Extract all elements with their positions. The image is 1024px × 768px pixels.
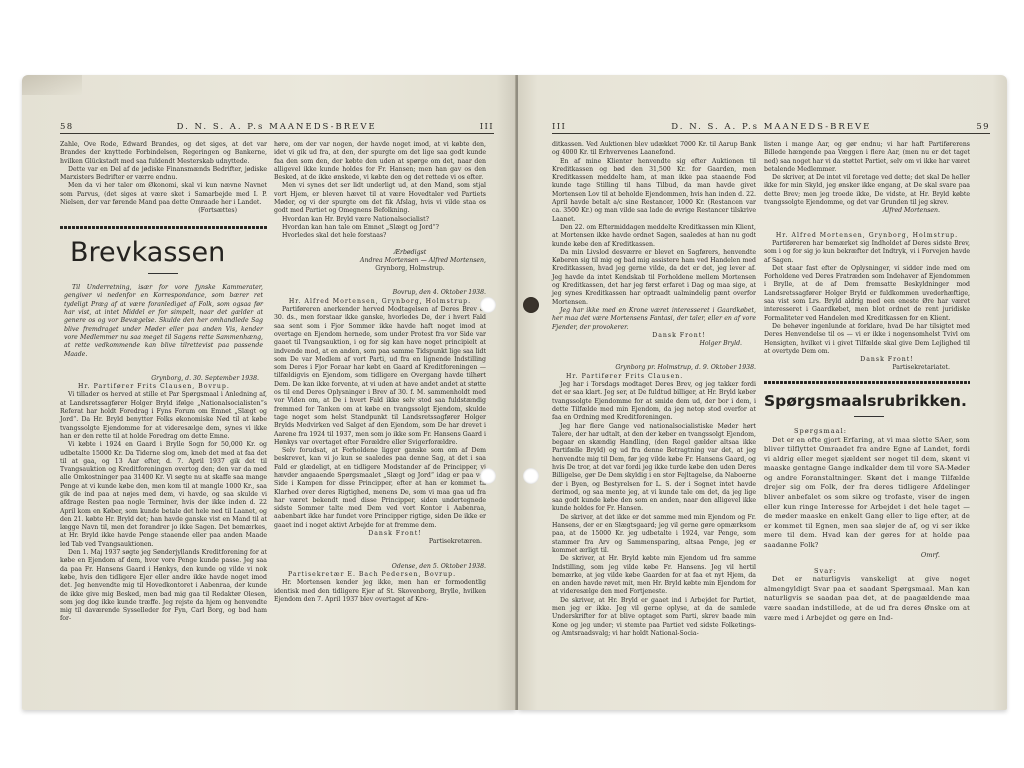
paragraph: Selv forudsat, at Forholdene ligger gans… <box>274 447 486 530</box>
letter-closing: Dansk Front! <box>552 332 756 340</box>
paragraph: Zahle, Ove Rode, Edward Brandes, og det … <box>60 141 267 166</box>
paragraph: ditkassen. Ved Auktionen blev udækket 70… <box>552 141 756 158</box>
title-rule <box>148 273 178 275</box>
letter-closing: Ærbødigst <box>274 249 486 257</box>
punch-hole <box>523 297 539 313</box>
section-title-brevkassen: Brevkassen <box>60 237 267 269</box>
answer-label: Svar: <box>764 567 970 575</box>
paragraph: Det staar fast efter de Oplysninger, vi … <box>764 265 970 323</box>
paragraph: En af mine Klienter henvendte sig efter … <box>552 158 756 224</box>
paragraph: Hr. Mortensen kender jeg ikke, men han e… <box>274 579 486 604</box>
letter-dateline: Bovrup, den 4. Oktober 1938. <box>274 289 486 297</box>
to-be-continued: (Fortsættes) <box>60 207 267 215</box>
letter-addressee: Hr. Alfred Mortensen, Grynborg, Holmstru… <box>764 232 970 240</box>
paragraph: listen i mange Aar, og gør endnu; vi har… <box>764 141 970 174</box>
paragraph: Jeg har ikke med en Krone været interess… <box>552 307 756 332</box>
paragraph: Partiføreren anerkender herved Modtagels… <box>274 306 486 447</box>
paragraph: Den 22. om Eftermiddagen meddelte Kredit… <box>552 224 756 249</box>
letter-dateline: Grynborg pr. Holmstrup, d. 9. Oktober 19… <box>552 364 756 372</box>
letter-addressee: Hr. Alfred Mortensen, Grynborg, Holmstru… <box>274 298 486 306</box>
letter-dateline: Grynborg, d. 30. September 1938. <box>60 375 267 383</box>
paragraph: Vi købte i 1924 en Gaard i Brylle Sogn f… <box>60 441 267 549</box>
right-page-column-2: listen i mange Aar, og gør endnu; vi har… <box>764 141 970 623</box>
punch-hole <box>480 297 496 313</box>
letter-addressee: Hr. Partifører Frits Clausen, Bovrup. <box>60 383 267 391</box>
running-title: D. N. S. A. P.s MAANEDS-BREVE <box>671 122 871 132</box>
paragraph: Da min Livslod desværre er blevet en Sag… <box>552 249 756 307</box>
section-divider <box>764 381 970 384</box>
paragraph: De behøver ingenlunde at forklare, hvad … <box>764 323 970 356</box>
paragraph: Den 1. Maj 1937 søgte jeg Sønderjyllands… <box>60 549 267 624</box>
question-asker: Omrf. <box>764 551 970 559</box>
left-page: 58 D. N. S. A. P.s MAANEDS-BREVE III Zah… <box>22 75 516 710</box>
paragraph: De skriver, at det ikke er det samme med… <box>552 514 756 555</box>
question: Hvordan kan Hr. Bryld være Nationalsocia… <box>274 216 486 224</box>
running-header: III D. N. S. A. P.s MAANEDS-BREVE 59 <box>552 118 990 134</box>
letter-dateline: Odense, den 5. Oktober 1938. <box>274 563 486 571</box>
volume-number: III <box>480 122 494 132</box>
letter-signature: Andrea Mortensen — Alfred Mortensen, <box>274 257 486 265</box>
title-rule <box>854 416 884 418</box>
volume-number: III <box>552 122 566 132</box>
paragraph: Dette var en Del af de jødiske Finansmæn… <box>60 166 267 183</box>
paragraph: Partiføreren har bemærket sig Indholdet … <box>764 240 970 265</box>
running-header: 58 D. N. S. A. P.s MAANEDS-BREVE III <box>60 118 494 134</box>
question: Hvordan kan han tale om Emnet „Slægt og … <box>274 224 486 232</box>
paragraph: De skriver, at Hr. Bryld er gaaet ind i … <box>552 597 756 638</box>
right-page-column-1: ditkassen. Ved Auktionen blev udækket 70… <box>552 141 756 638</box>
left-page-column-2: høre, om der var nogen, der havde noget … <box>274 141 486 604</box>
section-divider <box>60 226 267 229</box>
letter-closing: Dansk Front! <box>274 530 486 538</box>
paragraph: Jeg har i Torsdags modtaget Deres Brev, … <box>552 381 756 422</box>
letter-addressee: Hr. Partifører Frits Clausen. <box>552 373 756 381</box>
paragraph: Vi tillader os herved at stille et Par S… <box>60 391 267 441</box>
question: Hvorledes skal det hele forstaas? <box>274 232 486 240</box>
letter-signature: Holger Bryld. <box>552 340 756 348</box>
punch-hole <box>523 468 539 484</box>
signature-place: Grynborg, Holmstrup. <box>274 265 486 273</box>
left-page-column-1: Zahle, Ove Rode, Edward Brandes, og det … <box>60 141 267 624</box>
question-text: Det er en ofte gjort Erfaring, at vi maa… <box>764 436 970 551</box>
page-number: 58 <box>60 122 74 132</box>
letter-addressee: Partisekretær E. Bach Pedersen, Bovrup. <box>274 571 486 579</box>
paragraph: høre, om der var nogen, der havde noget … <box>274 141 486 182</box>
letter-closing: Dansk Front! <box>764 356 970 364</box>
running-title: D. N. S. A. P.s MAANEDS-BREVE <box>177 122 377 132</box>
section-title-qa: Spørgsmaalsrubrikken. <box>764 390 970 412</box>
letter-signature: Alfred Mortensen. <box>764 207 970 215</box>
paragraph: Men da vi her taler om Økonomi, skal vi … <box>60 182 267 207</box>
letter-signature: Partisekretæren. <box>274 538 486 546</box>
paragraph: De skriver, at Hr. Bryld købte min Ejend… <box>552 555 756 596</box>
paragraph: Men vi synes det ser lidt underligt ud, … <box>274 182 486 215</box>
page-number: 59 <box>976 122 990 132</box>
answer-text: Det er naturligvis vanskeligt at give no… <box>764 575 970 623</box>
punch-hole <box>480 468 496 484</box>
paragraph: Jeg har flere Gange ved nationalsocialis… <box>552 423 756 514</box>
right-page: III D. N. S. A. P.s MAANEDS-BREVE 59 dit… <box>518 75 1007 710</box>
paragraph: De skriver, at De intet vil foretage ved… <box>764 174 970 207</box>
letter-signature: Partisekretariatet. <box>764 364 970 372</box>
question-label: Spørgsmaal: <box>764 427 970 435</box>
editorial-intro: Til Underretning, især for vore fynske K… <box>60 284 267 359</box>
magazine-spread: 58 D. N. S. A. P.s MAANEDS-BREVE III Zah… <box>22 75 1007 710</box>
